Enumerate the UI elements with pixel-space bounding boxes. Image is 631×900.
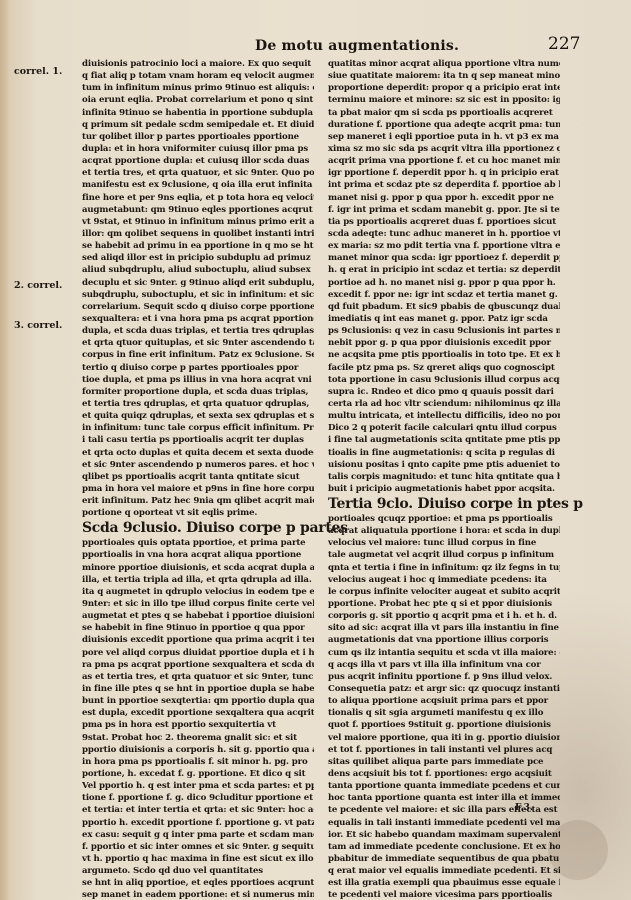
text-line: dupla: et in hora vniformiter cuiusq ill… xyxy=(82,143,314,155)
text-line: nebit ppor g. p qua ppor diuisionis exce… xyxy=(328,337,560,349)
text-line: vt 9stat, et 9tinuo in infinitum minus p… xyxy=(82,216,314,228)
text-line: et quita quiqz qdruplas, et sexta sex qd… xyxy=(82,410,314,422)
text-line: tioalis in fine augmetationis: q scita p… xyxy=(328,447,560,459)
text-line: vel maiore pportione, qua iti in g. ppor… xyxy=(328,732,560,744)
page-background: De motu augmentationis. 227 correl. 1. 2… xyxy=(0,0,631,900)
text-line: portioales qcuqz pportioe: et pma ps ppo… xyxy=(328,513,560,525)
text-line: i tali casu tertia ps pportioalis acqrit… xyxy=(82,434,314,446)
text-line: manet minor qua scda: igr pportioez f. d… xyxy=(328,252,560,264)
text-line: et tot f. pportiones in tali instanti ve… xyxy=(328,744,560,756)
text-line: corpus in fine erit infinitum. Patz ex 9… xyxy=(82,349,314,361)
text-line: fine hore et per 9ns eqlia, et p tota ho… xyxy=(82,192,314,204)
text-line: illor: qm qolibet sequens in quolibet in… xyxy=(82,228,314,240)
text-line: illa, et tertia tripla ad illa, et qrta … xyxy=(82,574,314,586)
text-line: est dupla, excedit pportione sexqaltera … xyxy=(82,707,314,719)
text-line: se habebit in fine 9tinuo in pportioe q … xyxy=(82,622,314,634)
text-line: Dico 2 q poterit facile calculari qntu i… xyxy=(328,422,560,434)
text-line: pma in hora vel maiore et p9ns in fine h… xyxy=(82,483,314,495)
text-line: xima sz mo sic sda ps acqrit vltra illa … xyxy=(328,143,560,155)
text-line: in hora pma ps pportioalis f. sit minor … xyxy=(82,756,314,768)
text-line: se hnt in aliq pportioe, et eqles pporti… xyxy=(82,877,314,889)
text-line: tota pportione in casu 9clusionis illud … xyxy=(328,374,560,386)
text-line: pportione. Probat hec pte q si et ppor d… xyxy=(328,598,560,610)
text-line: terminu maiore et minore: sz sic est in … xyxy=(328,94,560,106)
margin-note-correl-3: 3. correl. xyxy=(14,320,62,331)
text-line: buit i pricipio augmetationis habet ppor… xyxy=(328,483,560,495)
text-line: portione q oporteat vt sit eqlis prime. xyxy=(82,507,314,519)
text-line: oia erunt eqlia. Probat correlarium et p… xyxy=(82,94,314,106)
text-line: acqrat aliquatula pportione i hora: et s… xyxy=(328,525,560,537)
text-line: erit infinitum. Patz hec 9nia qm qlibet … xyxy=(82,495,314,507)
text-line: le corpus infinite velociter augeat et s… xyxy=(328,586,560,598)
left-text-column: diuisionis patrocinio loci a maiore. Ex … xyxy=(82,58,314,900)
text-line: pma ps in hora est pportio sexquitertia … xyxy=(82,719,314,731)
text-line: qlibet ps pportioalis acqrit tanta qntit… xyxy=(82,471,314,483)
text-line: et qrta qtuor quituplas, et sic 9nter as… xyxy=(82,337,314,349)
text-line: to aliqua pportione acqsiuit prima pars … xyxy=(328,695,560,707)
text-line: manet nisi g. ppor p qua ppor h. excedit… xyxy=(328,192,560,204)
text-line: aliud subqdruplu, aliud suboctuplu, aliu… xyxy=(82,264,314,276)
margin-note-correl-1: correl. 1. xyxy=(14,66,62,77)
text-line: Consequetia patz: et argr sic: qz quocuq… xyxy=(328,683,560,695)
text-line: facile ptz pma ps. Sz qreret aliqs quo c… xyxy=(328,362,560,374)
text-line: pportioalis in vna hora acqrat aliqua pp… xyxy=(82,549,314,561)
text-line: multu intricata, et intellectu difficili… xyxy=(328,410,560,422)
text-line: est illa gratia exempli qua pbauimus ess… xyxy=(328,877,560,889)
section-heading: Scda 9clusio. Diuiso corpe p partes xyxy=(82,519,314,537)
text-line: diuisionis patrocinio loci a maiore. Ex … xyxy=(82,58,314,70)
text-line: infinita 9tinuo se habentia in pportione… xyxy=(82,107,314,119)
text-line: in fine ille ptes q se hnt in pportioe d… xyxy=(82,683,314,695)
text-line: velocius augeat i hoc q immediate pceden… xyxy=(328,574,560,586)
signature-mark: F.3. xyxy=(515,803,533,813)
text-line: f. pportio et sic inter omnes et sic 9nt… xyxy=(82,841,314,853)
text-line: sep manet in eadem pportione: et si nume… xyxy=(82,889,314,900)
text-line: manifestu est ex 9clusione, q oia illa e… xyxy=(82,179,314,191)
text-line: q primum sit pedale scdm semipedale et. … xyxy=(82,119,314,131)
text-line: proportione deperdit: propor q a pricipi… xyxy=(328,82,560,94)
text-line: tam ad immediate pcedente conclusione. E… xyxy=(328,841,560,853)
text-line: qnta et tertia i fine in infinitum: qz i… xyxy=(328,562,560,574)
text-line: equalis in tali instanti immediate pcede… xyxy=(328,817,560,829)
text-line: augmetat et ptes q se habebat i pportioe… xyxy=(82,610,314,622)
text-line: sito ad sic: acqrat illa vt pars illa in… xyxy=(328,622,560,634)
text-line: int prima et scdaz pte sz deperdita f. p… xyxy=(328,179,560,191)
text-line: sitas quilibet aliqua parte pars immedia… xyxy=(328,756,560,768)
text-line: uisionu positas i qnto capite pme ptis a… xyxy=(328,459,560,471)
text-line: et tertia: et inter tertia et qrta: et s… xyxy=(82,804,314,816)
text-line: siue quatitate maiorem: ita tn q sep man… xyxy=(328,70,560,82)
text-line: ita q augmetet in qdruplo velocius in eo… xyxy=(82,586,314,598)
text-line: quot f. pportioes 9stituit g. pportione … xyxy=(328,719,560,731)
text-line: acqrit prima vna pportione f. et cu hoc … xyxy=(328,155,560,167)
text-line: pportio h. excedit pportione f. pportion… xyxy=(82,817,314,829)
text-line: 9nter: et sic in illo tpe illud corpus f… xyxy=(82,598,314,610)
text-line: dupla, et scda duas triplas, et tertia t… xyxy=(82,325,314,337)
text-line: as et tertia tres, et qrta quatuor et si… xyxy=(82,671,314,683)
right-text-column: quatitas minor acqrat aliqua pportione v… xyxy=(328,58,560,900)
text-line: supra ic. Rndeo et dico pmo q quauis pos… xyxy=(328,386,560,398)
text-line: minore pportioe diuisionis, et scda acqr… xyxy=(82,562,314,574)
text-line: diuisionis excedit pportione qua prima a… xyxy=(82,634,314,646)
text-line: ex maria: sz mo pdit tertia vna f. pport… xyxy=(328,240,560,252)
text-line: tionalis q sit sgia argumeti manifestu q… xyxy=(328,707,560,719)
text-line: formiter proportione dupla, et scda duas… xyxy=(82,386,314,398)
text-line: pportio diuisionis a corporis h. sit g. … xyxy=(82,744,314,756)
text-line: duratione f. pportione qua adeqte acqrit… xyxy=(328,119,560,131)
text-line: dens acqsiuit bis tot f. pportiones: erg… xyxy=(328,768,560,780)
text-line: pbabitur de immediate sequentibus de qua… xyxy=(328,853,560,865)
text-line: decuplu et sic 9nter. g 9tinuo aliqd eri… xyxy=(82,277,314,289)
running-title: De motu augmentationis. xyxy=(255,38,459,54)
text-line: ps 9clusionis: q vez in casu 9clusionis … xyxy=(328,325,560,337)
text-line: igr pportione f. deperdit ppor h. q in p… xyxy=(328,167,560,179)
text-line: pus acqrit infinitu pportione f. p 9ns i… xyxy=(328,671,560,683)
text-line: h. q erat in pricipio int scdaz et terti… xyxy=(328,264,560,276)
text-line: subqdruplu, suboctuplu, et sic in infini… xyxy=(82,289,314,301)
text-line: qd fuit pbadum. Et sic9 pbabis de qbuscu… xyxy=(328,301,560,313)
text-line: pportioales quis optata pportioe, et pri… xyxy=(82,537,314,549)
text-line: q erat maior vel equalis immediate pcede… xyxy=(328,865,560,877)
text-line: portione, h. excedat f. g. pportione. Et… xyxy=(82,768,314,780)
text-line: f. igr int prima et scdam manebit g. ppo… xyxy=(328,204,560,216)
text-line: pore vel aliqd corpus diuidat pportioe d… xyxy=(82,647,314,659)
text-line: ra pma ps acqrat pportione sexqualtera e… xyxy=(82,659,314,671)
text-line: et sic 9nter ascendendo p numeros pares.… xyxy=(82,459,314,471)
text-line: tanta pportione quanta immediate pcedens… xyxy=(328,780,560,792)
folio-number: 227 xyxy=(548,34,580,54)
text-line: augmetabunt: qm 9tinuo eqles pportiones … xyxy=(82,204,314,216)
text-line: Vel pportio h. q est inter pma et scda p… xyxy=(82,780,314,792)
text-line: ior. Et sic habebo quandam maximam super… xyxy=(328,829,560,841)
text-line: correlarium. Sequit scdo q diuiso corpe … xyxy=(82,301,314,313)
text-line: et tertia tres qdruplas, et qrta quatuor… xyxy=(82,398,314,410)
text-line: i fine tal augmetationis scita qntitate … xyxy=(328,434,560,446)
text-line: ta pbat maior qm si scda ps pportioalis … xyxy=(328,107,560,119)
text-line: se habebit ad primu in ea pportione in q… xyxy=(82,240,314,252)
text-line: q acqs illa vt pars vt illa illa infinit… xyxy=(328,659,560,671)
text-line: tertio q diuiso corpe p partes pportioal… xyxy=(82,362,314,374)
text-line: augmetationis dat vna pportione illius c… xyxy=(328,634,560,646)
text-line: sed aliqd illor est in pricipio subduplu… xyxy=(82,252,314,264)
margin-note-correl-2: 2. correl. xyxy=(14,280,62,291)
text-line: et tertia tres, et qrta quatuor, et sic … xyxy=(82,167,314,179)
text-line: corporis g. sit pportio q acqrit pma et … xyxy=(328,610,560,622)
text-line: scda adeqte: tunc adhuc maneret in h. pp… xyxy=(328,228,560,240)
text-line: excedit f. ppor ne: igr int scdaz et ter… xyxy=(328,289,560,301)
text-line: quatitas minor acqrat aliqua pportione v… xyxy=(328,58,560,70)
page-edge-shadow xyxy=(0,0,10,900)
text-line: bunt in pportioe sexqtertia: qm pportio … xyxy=(82,695,314,707)
text-line: ex casu: sequit g q inter pma parte et s… xyxy=(82,829,314,841)
text-line: cum qs ilz intantia sequitu et scda vt i… xyxy=(328,647,560,659)
text-line: sep maneret i eqli pportioe puta in h. v… xyxy=(328,131,560,143)
text-line: argumeto. Scdo qd duo vel quantitates xyxy=(82,865,314,877)
text-line: portioe ad h. no manet nisi g. ppor p qu… xyxy=(328,277,560,289)
text-line: sexqualtera: et i vna hora pma ps acqrat… xyxy=(82,313,314,325)
text-line: et qrta octo duplas et quita decem et se… xyxy=(82,447,314,459)
text-line: tur qolibet illor p partes pportioales p… xyxy=(82,131,314,143)
text-line: tia ps pportioalis acqreret duas f. ppor… xyxy=(328,216,560,228)
text-line: q fiat aliq p totam vnam horam eq veloci… xyxy=(82,70,314,82)
text-line: talis corpis magnitudo: et tunc hita qnt… xyxy=(328,471,560,483)
text-line: tale augmetat vel acqrit illud corpus p … xyxy=(328,549,560,561)
text-line: imediatis q int eas manet g. ppor. Patz … xyxy=(328,313,560,325)
text-line: vt h. pportio q hac maxima in fine est s… xyxy=(82,853,314,865)
text-line: ne acqsita pme ptis pportioalis in toto … xyxy=(328,349,560,361)
text-line: te pcedenti vel maiore vicesima pars ppo… xyxy=(328,889,560,900)
text-line: tum in infinitum minus primo 9tinuo est … xyxy=(82,82,314,94)
text-line: certa rla ad hoc vltr sciendum: nihilomi… xyxy=(328,398,560,410)
text-line: 9stat. Probat hoc 2. theorema gnalit sic… xyxy=(82,732,314,744)
text-line: velocius vel maiore: tunc illud corpus i… xyxy=(328,537,560,549)
section-heading: Tertia 9clo. Diuiso corpe in ptes p xyxy=(328,495,560,513)
text-line: in infinitum: tunc tale corpus efficit i… xyxy=(82,422,314,434)
text-line: tione f. pportione f. g. dico 9cluditur … xyxy=(82,792,314,804)
text-line: acqrat pportione dupla: et cuiusq illor … xyxy=(82,155,314,167)
text-line: tioe dupla, et pma ps illius in vna hora… xyxy=(82,374,314,386)
